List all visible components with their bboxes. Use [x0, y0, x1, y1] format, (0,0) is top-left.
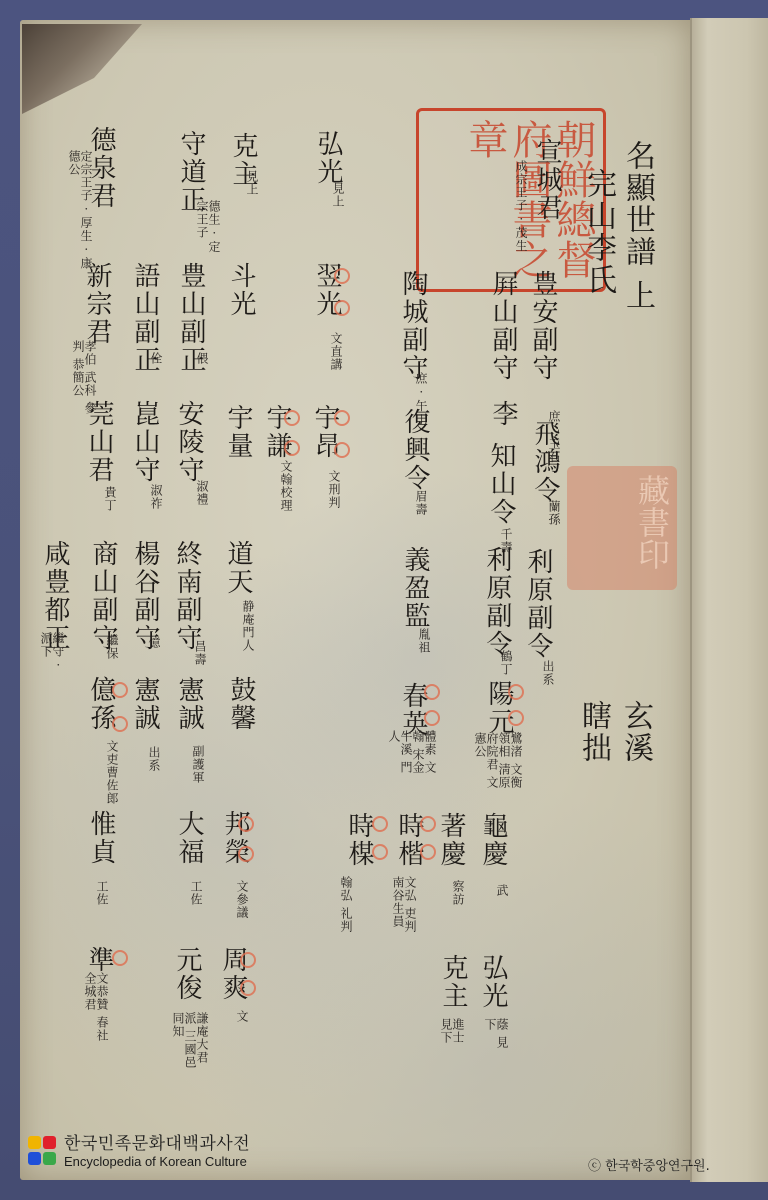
entry-note: 鶴丁	[500, 650, 512, 676]
entry-note: 昌壽	[194, 640, 206, 666]
entry-name: 克主	[440, 954, 466, 1010]
red-circle-mark	[424, 684, 440, 700]
entry-note: 文	[236, 1010, 248, 1023]
clan-name: 完山李氏	[583, 168, 613, 296]
entry-note: 出系	[148, 746, 160, 772]
red-circle-mark	[238, 816, 254, 832]
entry-note: 文參議	[236, 880, 248, 919]
entry-name: 著慶	[438, 812, 464, 868]
copyright-notice: ⓒ 한국학중앙연구원.	[588, 1155, 710, 1174]
entry-name: 飛鴻令	[532, 420, 558, 504]
red-circle-mark	[508, 710, 524, 726]
document-title: 名顯世譜 上	[622, 140, 652, 312]
entry-note: 文恭贊 春社 全城君	[84, 972, 108, 1042]
red-circle-mark	[420, 816, 436, 832]
publisher-name-korean: 한국민족문화대백과사전	[64, 1136, 250, 1153]
entry-note: 淑祚	[150, 484, 162, 510]
entry-name: 宇量	[225, 404, 251, 460]
red-circle-mark	[334, 268, 350, 284]
entry-name: 準	[86, 946, 112, 974]
entry-name: 利原副令	[484, 546, 510, 658]
entry-name: 義盈監	[402, 546, 428, 630]
entry-name: 安陵守	[176, 400, 202, 484]
entry-name: 時楳	[346, 812, 372, 868]
entry-note: 定宗王子 · 厚生 · 康德公	[68, 150, 92, 270]
entry-note: 副護軍	[192, 745, 204, 784]
red-circle-mark	[508, 684, 524, 700]
entry-name: 崑山守	[132, 400, 158, 484]
margin-annotation-left: 瞎拙	[578, 700, 608, 764]
entry-note: 蘭孫	[548, 500, 560, 526]
entry-name: 斗光	[228, 262, 254, 318]
red-circle-mark	[424, 710, 440, 726]
entry-note: 淑禮	[196, 480, 208, 506]
entry-name: 憲誠	[176, 676, 202, 732]
entry-note: 億	[148, 636, 160, 649]
red-circle-mark	[284, 410, 300, 426]
entry-note: 偎	[196, 352, 208, 365]
entry-note: 成宗王子 · 茂生	[515, 160, 527, 252]
entry-name: 鼓馨	[228, 676, 254, 732]
red-circle-mark	[420, 844, 436, 860]
entry-name: 利原副令	[525, 548, 551, 660]
entry-note: 見上	[332, 182, 344, 208]
library-seal-stamp: 朝鮮總督府圖書之章	[416, 108, 606, 292]
entry-note: 德生 · 定宗王子	[196, 200, 220, 260]
entry-note: 胤祖	[418, 628, 430, 654]
entry-note: 出系	[542, 660, 554, 686]
entry-name: 龜慶	[480, 812, 506, 868]
entry-name: 道天	[225, 540, 251, 596]
entry-note: 文吏曹佐郎	[106, 740, 118, 805]
entry-note: 繼保	[106, 634, 118, 660]
red-circle-mark	[238, 846, 254, 862]
entry-name: 終南副守	[174, 540, 200, 652]
red-circle-mark	[334, 442, 350, 458]
entry-name: 憲誠	[132, 676, 158, 732]
entry-name: 李	[490, 400, 516, 428]
entry-note: 文弘 吏判 南谷生員	[392, 876, 416, 946]
entry-name: 莞山君	[86, 400, 112, 484]
entry-note: 貴丁	[104, 486, 116, 512]
red-circle-mark	[284, 440, 300, 456]
entry-name: 知山令	[488, 442, 514, 526]
red-circle-mark	[372, 844, 388, 860]
entry-name: 大福	[176, 810, 202, 866]
entry-note: 謙庵大君派 三國邑同知	[172, 1012, 208, 1072]
entry-name: 元俊	[174, 946, 200, 1002]
entry-note: 體素 文翰 宋金牛溪 門人	[388, 730, 436, 785]
red-circle-mark	[112, 716, 128, 732]
entry-name: 時楷	[396, 812, 422, 868]
entry-note: 工佐	[96, 880, 108, 906]
red-circle-mark	[372, 816, 388, 832]
publisher-logo: 한국민족문화대백과사전 Encyclopedia of Korean Cultu…	[28, 1136, 250, 1168]
entry-note: 文翰校理	[280, 460, 292, 512]
entry-note: 眉壽	[415, 490, 427, 516]
red-circle-mark	[334, 300, 350, 316]
red-circle-mark	[240, 952, 256, 968]
red-circle-mark	[334, 410, 350, 426]
entry-name: 惟貞	[88, 810, 114, 866]
entry-note: 翰弘 礼判	[340, 876, 352, 946]
encyclopedia-logo-icon	[28, 1136, 58, 1168]
entry-note: 進士 見下	[440, 1018, 464, 1058]
entry-note: 蔭 見下	[484, 1018, 508, 1058]
entry-note: 繼守 · 派下	[40, 632, 64, 682]
entry-note: 武	[496, 884, 508, 897]
entry-name: 億孫	[88, 676, 114, 732]
entry-name: 弘光	[480, 954, 506, 1010]
adjacent-page-fold	[690, 18, 768, 1182]
margin-annotation-right: 玄溪	[620, 700, 650, 764]
entry-name: 豊安副守	[530, 270, 556, 382]
entry-note: 文刑判	[328, 470, 340, 509]
red-circle-mark	[112, 950, 128, 966]
entry-note: 見上	[246, 170, 258, 196]
entry-note: 文直講	[330, 332, 342, 371]
entry-name: 新宗君	[84, 262, 110, 346]
entry-note: 佺	[150, 352, 162, 365]
entry-name: 陶城副守	[400, 270, 426, 382]
entry-name: 屛山副守	[490, 270, 516, 382]
publisher-name-english: Encyclopedia of Korean Culture	[64, 1155, 250, 1168]
entry-note: 察訪	[452, 880, 464, 906]
entry-name: 復興令	[402, 408, 428, 492]
faded-seal-stamp: 藏書印	[567, 466, 677, 590]
entry-name: 弘光	[315, 130, 341, 186]
red-circle-mark	[112, 682, 128, 698]
entry-note: 静庵門人	[242, 600, 254, 652]
red-circle-mark	[240, 980, 256, 996]
entry-note: 工佐	[190, 880, 202, 906]
entry-name: 宣城君	[534, 138, 560, 222]
entry-note: 鷺渚 文衡領相 淸原府院君 文憲公	[474, 732, 522, 792]
